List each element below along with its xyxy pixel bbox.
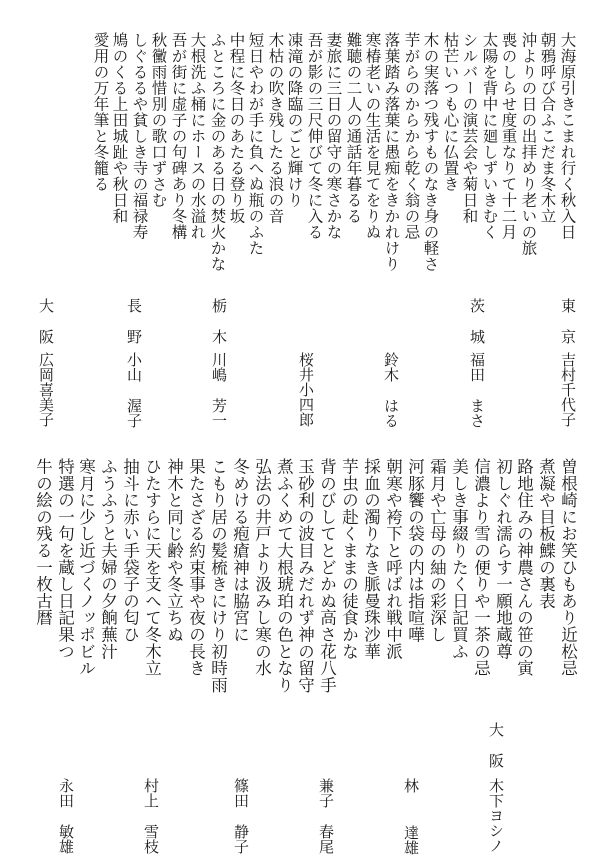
author-name: 篠田静子: [233, 778, 248, 854]
author-name: 広岡喜美子: [38, 352, 53, 427]
verse: 大海原引きこまれ行く秋入日: [559, 32, 575, 240]
verse: 霜月や亡母の紬の彩深し: [428, 458, 445, 643]
verse: 愛用の万年筆と冬籠る: [92, 32, 108, 192]
verse: 弘法の井戸より汲みし寒の水: [253, 458, 270, 676]
author-prefecture: 茨城: [469, 298, 484, 360]
verse: 特選の一句を蔵し日記果つ: [56, 458, 73, 660]
verse: 吾が街に虚子の句碑あり冬構: [170, 32, 186, 240]
verse: 芋がらのからから乾く翁の忌: [403, 32, 419, 240]
author-prefecture: 栃木: [211, 298, 226, 360]
author-prefecture: 大阪: [38, 298, 53, 360]
author-name: 木下ヨシノ: [488, 778, 503, 853]
author-name: 吉村千代子: [560, 352, 575, 427]
verse: 美しき事綴りたく日記買ふ: [450, 458, 467, 660]
verse: 初しぐれ濡らす一願地蔵尊: [494, 458, 511, 660]
verse: 抽斗に赤い手袋子の匂ひ: [121, 458, 138, 643]
haiku-page: 大海原引きこまれ行く秋入日 朝鴉呼び合ふこだま冬木立 沖よりの日の出拝めり老いの…: [0, 0, 600, 867]
verse: ふところに金のある日の焚火かな: [209, 32, 225, 272]
verse: 沖よりの日の出拝めり老いの旅: [520, 32, 536, 256]
verse: 喪のしらせ度重なりて十二月: [500, 32, 516, 240]
author-name: 桜井小四郎: [298, 352, 313, 427]
verse: 秋黴雨惜別の歌口ずさむ: [150, 32, 166, 208]
verse: こもり居の髪梳きにけり初時雨: [209, 458, 226, 693]
verse: 煮凝や目板鰈の裏表: [537, 458, 554, 609]
verse: 中程に冬日のあたる登り坂: [228, 32, 244, 224]
author-prefecture: 大阪: [488, 722, 503, 784]
verse: 路地住みの神農さんの笹の寅: [515, 458, 532, 676]
author-name: 福田まさ: [469, 352, 484, 428]
verse: 大根洗ふ桶にホースの水溢れ: [189, 32, 205, 240]
author-name: 永田敏雄: [58, 778, 73, 854]
verse: 玉砂利の波目みだれず神の留守: [296, 458, 313, 693]
verse: シルバーの演芸会や菊日和: [461, 32, 477, 224]
author-name: 鈴木はる: [383, 352, 398, 428]
verse: 信濃より雪の便りや一茶の忌: [472, 458, 489, 676]
verse: 枯芒いつも心に仏置き: [442, 32, 458, 192]
verse: 落葉踏み落葉に愚痴をきかれけり: [383, 32, 399, 272]
verse: 曽根崎にお笑ひもあり近松忌: [559, 458, 576, 676]
verse: 冬めける疱瘡神は脇宮に: [231, 458, 248, 643]
verse: ひたすらに天を支へて冬木立: [143, 458, 160, 676]
verse: 河豚饗の袋の内は指喧嘩: [406, 458, 423, 643]
author-prefecture: 長野: [126, 298, 141, 360]
author-name: 林達雄: [403, 778, 418, 855]
verse: 芋虫の赴くままの徒食かな: [340, 458, 357, 660]
verse: 採血の濁りなき脈曼珠沙華: [362, 458, 379, 660]
verse: 木の実落つ残すものなき身の軽さ: [422, 32, 438, 272]
verse: 牛の絵の残る一枚古暦: [34, 458, 51, 626]
verse: 妻旅に三日の留守の寒さかな: [325, 32, 341, 240]
verse: 寒月に少し近づくノッポビル: [77, 458, 94, 676]
author-prefecture: 東京: [560, 298, 575, 360]
author-name: 小山渥子: [126, 352, 141, 428]
verse: 木枯の吹き残したる浪の音: [267, 32, 283, 224]
verse: ふうふうと夫婦の夕餉蕪汁: [99, 458, 116, 660]
verse: 鳩のくる上田城趾や秋日和: [111, 32, 127, 224]
author-name: 兼子春尾: [318, 778, 333, 854]
verse: 吾が影の三尺伸びて冬に入る: [306, 32, 322, 240]
verse: 凍滝の降臨のごと輝けり: [286, 32, 302, 208]
verse: 寒椿老いの生活を見てをりぬ: [364, 32, 380, 240]
verse: 難聴の二人の通話年暮るる: [345, 32, 361, 224]
verse: しぐるるや貧しき寺の福禄寿: [131, 32, 147, 240]
verse: 朝鴉呼び合ふこだま冬木立: [539, 32, 555, 224]
verse: 背のびしてとどかぬ高さ花八手: [318, 458, 335, 693]
author-name: 村上雪枝: [143, 778, 158, 854]
verse: 朝寒や袴下と呼ばれ戦中派: [384, 458, 401, 660]
verse: 果たさざる約束事や夜の長き: [187, 458, 204, 676]
verse: 煮ふくめて大根琥珀の色となり: [275, 458, 292, 693]
verse: 神木と同じ齢や冬立ちぬ: [165, 458, 182, 643]
verse: 短日やわが手に負へぬ瓶のふた: [247, 32, 263, 256]
verse: 太陽を背中に廻しずいきむく: [481, 32, 497, 240]
author-name: 川嶋芳一: [211, 352, 226, 428]
